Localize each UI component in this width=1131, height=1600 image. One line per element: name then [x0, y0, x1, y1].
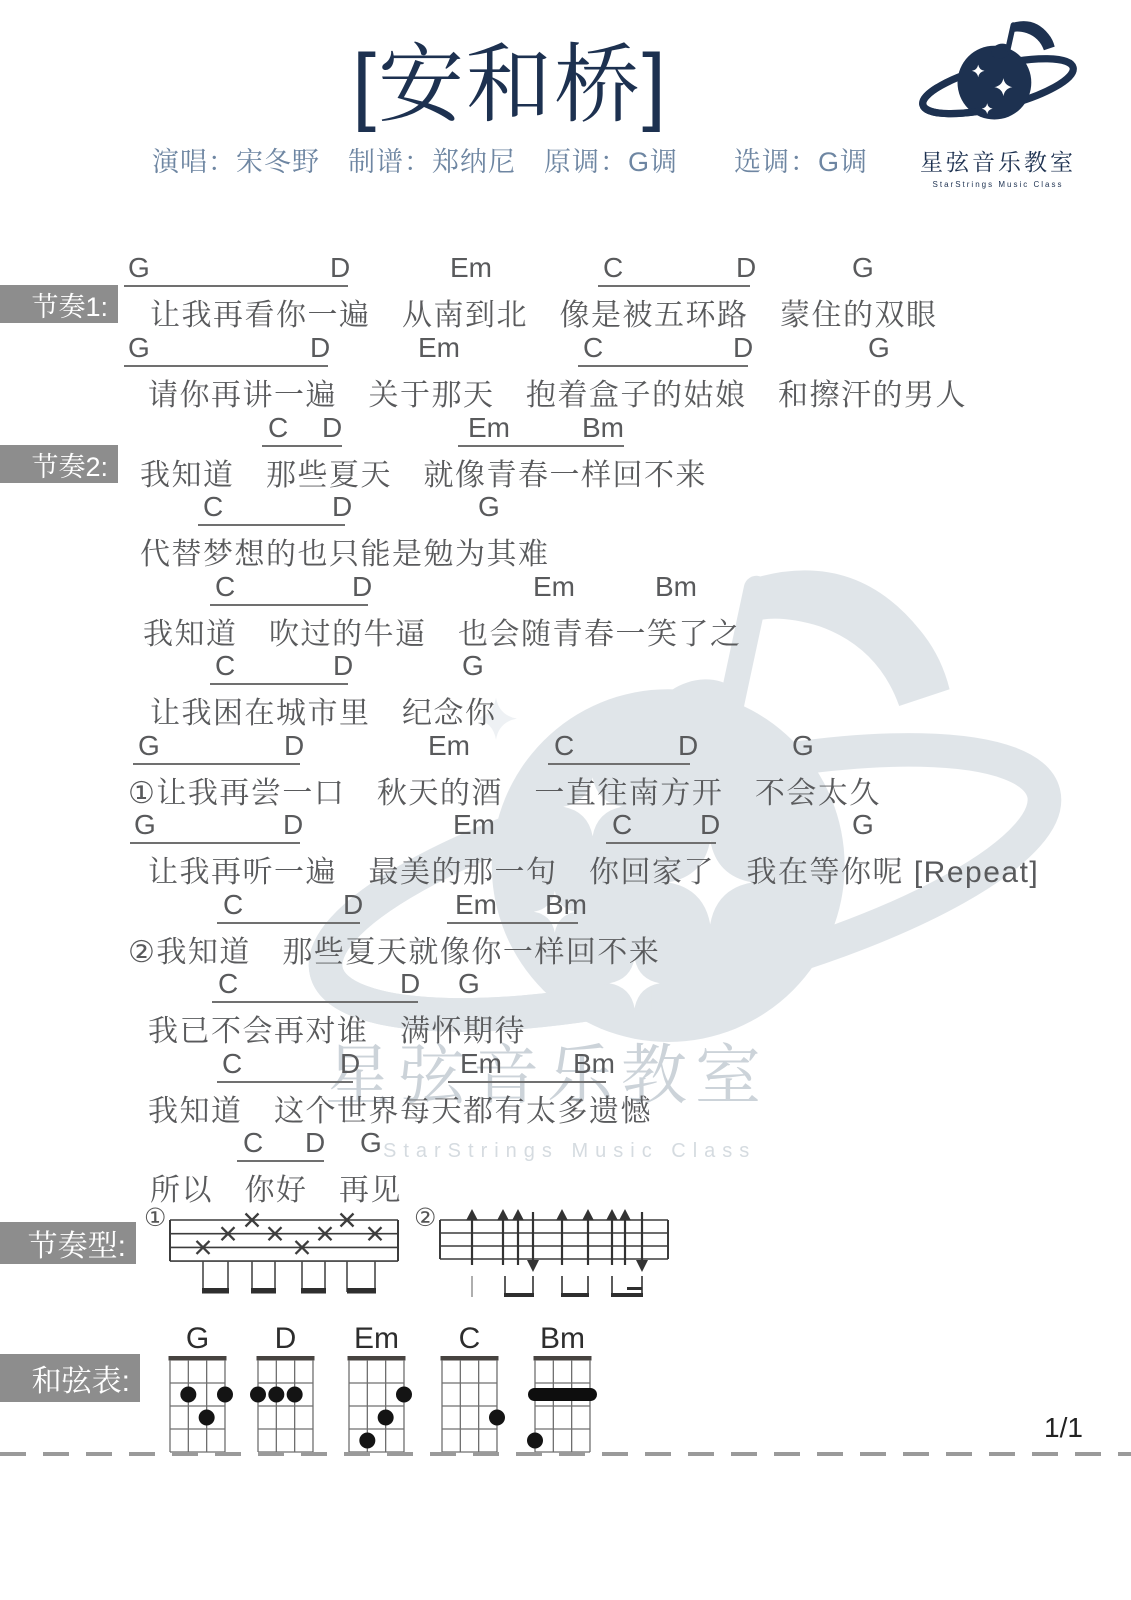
chord-symbol: G	[138, 730, 160, 762]
chord-diagram-name: D	[275, 1322, 297, 1355]
chord-diagram-name: C	[459, 1322, 481, 1355]
chord-symbol: G	[462, 650, 484, 682]
chord-symbol: D	[310, 332, 330, 364]
chord-diagram-name: G	[186, 1322, 209, 1355]
song-line: GDEmCDG①让我再尝一口 秋天的酒 一直往南方开 不会太久	[0, 730, 1131, 810]
chord-symbol: Em	[418, 332, 460, 364]
lyric-line: 我知道 那些夏天 就像青春一样回不来	[140, 450, 707, 494]
chord-symbol: C	[215, 571, 235, 603]
rhythm1-label: 节奏1:	[0, 285, 118, 323]
chord-symbol: Bm	[545, 889, 587, 921]
chord-underline	[262, 445, 342, 447]
chord-underline	[210, 604, 368, 606]
chord-symbol: Bm	[573, 1048, 615, 1080]
chord-symbol: D	[332, 491, 352, 523]
song-line: GDEmCDG让我再听一遍 最美的那一句 你回家了 我在等你呢 [Repeat]	[0, 809, 1131, 889]
song-line: CDG代替梦想的也只能是勉为其难	[0, 491, 1131, 571]
chord-diagrams: GDEmCBm	[150, 1316, 630, 1461]
lyric-line: 让我再听一遍 最美的那一句 你回家了 我在等你呢 [Repeat]	[148, 847, 1039, 891]
chord-underline	[598, 285, 750, 287]
chord-symbol: Em	[450, 252, 492, 284]
song-line: CDG我已不会再对谁 满怀期待	[0, 968, 1131, 1048]
chord-symbol: G	[868, 332, 890, 364]
chord-symbol: C	[203, 491, 223, 523]
chord-underline	[124, 365, 328, 367]
chord-symbol: G	[852, 809, 874, 841]
chord-symbol: C	[222, 1048, 242, 1080]
chord-symbol: Em	[468, 412, 510, 444]
chord-underline	[130, 842, 300, 844]
lyric-line: ①让我再尝一口 秋天的酒 一直往南方开 不会太久	[128, 768, 881, 812]
chord-underline	[217, 1081, 353, 1083]
chord-symbol: C	[218, 968, 238, 1000]
rhythm2-label: 节奏2:	[0, 445, 118, 483]
lyric-line: 我已不会再对谁 满怀期待	[148, 1006, 526, 1050]
chord-underline	[198, 524, 345, 526]
chord-underline	[210, 683, 348, 685]
chord-symbol: D	[736, 252, 756, 284]
chord-symbol: Em	[453, 809, 495, 841]
chord-symbol: G	[852, 252, 874, 284]
chord-symbol: C	[215, 650, 235, 682]
lyric-line: 我知道 吹过的牛逼 也会随青春一笑了之	[143, 609, 742, 653]
lyric-line: 代替梦想的也只能是勉为其难	[140, 529, 550, 573]
chord-symbol: C	[268, 412, 288, 444]
chord-underline	[606, 842, 716, 844]
chord-symbol: Em	[460, 1048, 502, 1080]
chord-symbol: G	[458, 968, 480, 1000]
chord-underline	[124, 285, 348, 287]
svg-text:②: ②	[414, 1204, 436, 1232]
chord-symbol: G	[792, 730, 814, 762]
chord-symbol: C	[554, 730, 574, 762]
chord-symbol: C	[243, 1127, 263, 1159]
chord-underline	[133, 763, 300, 765]
chord-symbol: C	[603, 252, 623, 284]
song-line: GDEmCDG请你再讲一遍 关于那天 抱着盒子的姑娘 和擦汗的男人	[0, 332, 1131, 412]
chord-symbol: Bm	[582, 412, 624, 444]
lyric-line: 让我再看你一遍 从南到北 像是被五环路 蒙住的双眼	[150, 290, 938, 334]
lyric-line: 请你再讲一遍 关于那天 抱着盒子的姑娘 和擦汗的男人	[148, 370, 967, 414]
chord-symbol: D	[400, 968, 420, 1000]
chord-symbol: D	[340, 1048, 360, 1080]
song-line: GDEmCDG让我再看你一遍 从南到北 像是被五环路 蒙住的双眼	[0, 252, 1131, 332]
page-number: 1/1	[1044, 1412, 1083, 1444]
chord-symbol: G	[478, 491, 500, 523]
chord-underline	[212, 1001, 418, 1003]
lyric-line: ②我知道 那些夏天就像你一样回不来	[128, 927, 660, 971]
chord-symbol: D	[283, 809, 303, 841]
chord-underline	[548, 763, 690, 765]
lyric-line: 让我困在城市里 纪念你	[150, 688, 497, 732]
chord-symbol: G	[134, 809, 156, 841]
chord-underline	[578, 365, 748, 367]
svg-text:①: ①	[144, 1204, 166, 1232]
chord-symbol: Bm	[655, 571, 697, 603]
chord-symbol: C	[583, 332, 603, 364]
chord-symbol: G	[360, 1127, 382, 1159]
chord-diagram-name: Em	[354, 1322, 399, 1355]
chord-symbol: C	[223, 889, 243, 921]
chord-symbol: C	[612, 809, 632, 841]
song-line: CDEmBm我知道 这个世界每天都有太多遗憾	[0, 1048, 1131, 1128]
chord-symbol: D	[322, 412, 342, 444]
chord-symbol: D	[305, 1127, 325, 1159]
chord-symbol: D	[352, 571, 372, 603]
chord-diagram-name: Bm	[540, 1322, 585, 1355]
chord-symbol: G	[128, 252, 150, 284]
chord-underline	[217, 922, 360, 924]
chord-symbol: D	[700, 809, 720, 841]
chord-sheet-page: 星弦音乐教室 StarStrings Music Class [安和桥] 演唱：…	[0, 0, 1131, 1600]
chord-symbol: D	[284, 730, 304, 762]
chord-underline	[448, 1081, 606, 1083]
song-line: CDG让我困在城市里 纪念你	[0, 650, 1131, 730]
song-line: CDEmBm②我知道 那些夏天就像你一样回不来	[0, 889, 1131, 969]
chord-symbol: D	[733, 332, 753, 364]
page-bottom-divider	[0, 1452, 1131, 1456]
chord-symbol: D	[333, 650, 353, 682]
song-line: CDEmBm我知道 吹过的牛逼 也会随青春一笑了之	[0, 571, 1131, 651]
chord-symbol: Em	[455, 889, 497, 921]
chord-symbol: G	[128, 332, 150, 364]
chord-symbol: Em	[533, 571, 575, 603]
lyric-line: 我知道 这个世界每天都有太多遗憾	[148, 1086, 652, 1130]
chord-symbol: Em	[428, 730, 470, 762]
chord-underline	[237, 1160, 324, 1162]
chord-underline	[458, 445, 624, 447]
chord-symbol: D	[678, 730, 698, 762]
chord-symbol: D	[330, 252, 350, 284]
song-line: CDEmBm我知道 那些夏天 就像青春一样回不来	[0, 412, 1131, 492]
chord-underline	[447, 922, 578, 924]
chord-symbol: D	[343, 889, 363, 921]
